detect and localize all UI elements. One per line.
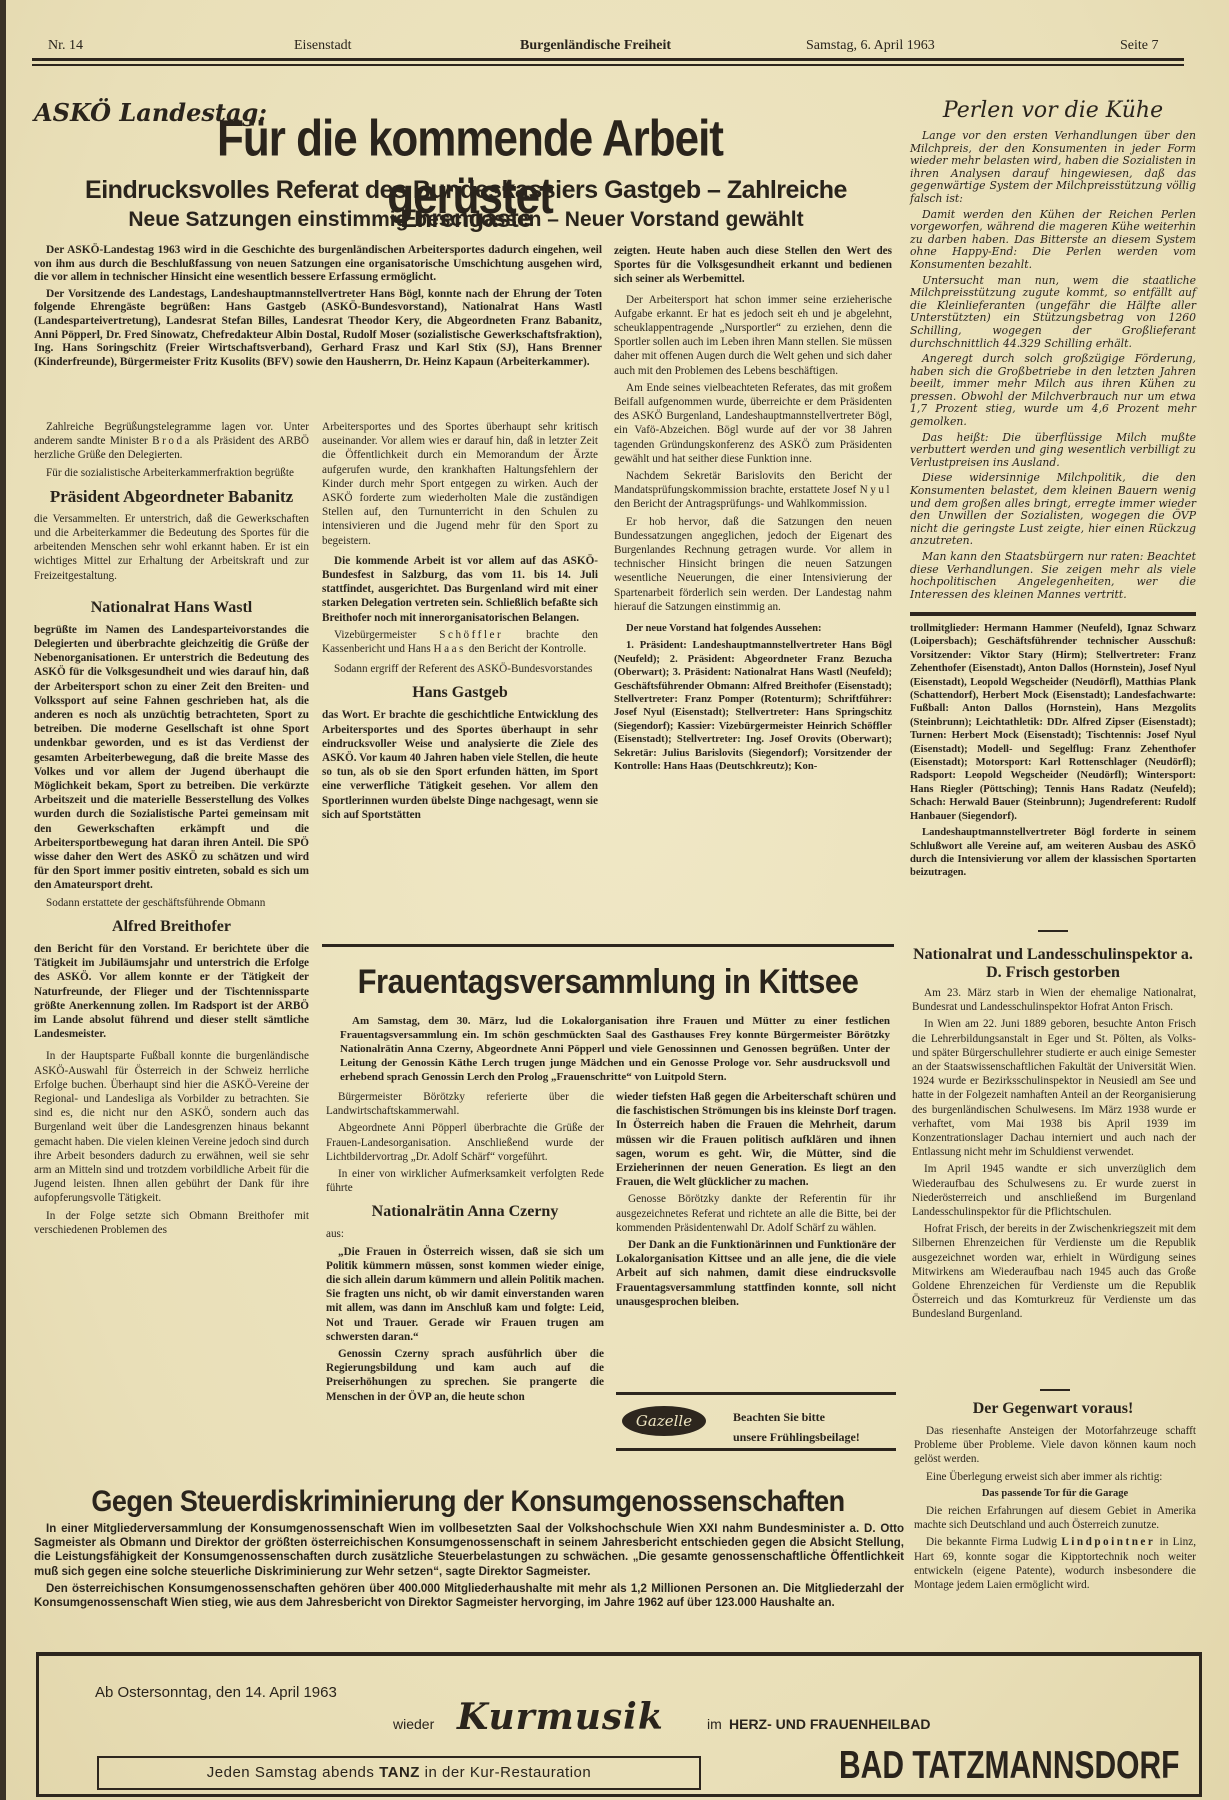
paragraph: Diese widersinnige Milchpolitik, die den… [910, 472, 1196, 548]
paragraph: Untersucht man nun, wem die staatliche M… [910, 275, 1196, 351]
paragraph: Sodann ergriff der Referent des ASKÖ-Bun… [322, 662, 598, 676]
separator [1038, 930, 1068, 932]
ad-kurmusik: Kurmusik [457, 1696, 664, 1738]
frisch-headline: Nationalrat und Landesschulinspektor a. … [908, 946, 1198, 982]
issue-number: Nr. 14 [48, 38, 83, 54]
paragraph: Das riesenhafte Ansteigen der Motorfahrz… [914, 1424, 1196, 1467]
scan-edge [0, 0, 6, 1800]
perlen-rule [910, 612, 1196, 616]
main-subhead-2: Neue Satzungen einstimmig beschlossen – … [32, 208, 900, 232]
ad-place: BAD TATZMANNSDORF [839, 1744, 1180, 1788]
board-heading: Der neue Vorstand hat folgendes Aussehen… [614, 622, 892, 636]
paragraph: Angeregt durch solch großzügige Förderun… [910, 353, 1196, 429]
lead-paragraphs: Der ASKÖ-Landestag 1963 wird in die Gesc… [34, 244, 602, 372]
gazelle-ad-text: Beachten Sie bitte unsere Frühlingsbeila… [733, 1407, 860, 1447]
paragraph: Genossin Czerny sprach ausführlich über … [326, 1347, 604, 1404]
paragraph: Hofrat Frisch, der bereits in der Zwisch… [912, 1222, 1196, 1321]
main-column-4: trollmitglieder: Hermann Hammer (Neufeld… [910, 622, 1196, 883]
frauentag-column-1: Bürgermeister Börötzky referierte über d… [326, 1090, 604, 1407]
newspaper-page: Nr. 14 Eisenstadt Burgenländische Freihe… [0, 0, 1229, 1800]
subheading: Nationalrat Hans Wastl [34, 597, 309, 619]
paragraph: In der Folge setzte sich Obmann Breithof… [34, 1209, 309, 1237]
main-column-1: Zahlreiche Begrüßungstelegramme lagen vo… [34, 420, 309, 1240]
ad-line: Beachten Sie bitte [733, 1407, 860, 1427]
paragraph: aus: [326, 1227, 604, 1241]
board-list-continued: trollmitglieder: Hermann Hammer (Neufeld… [910, 622, 1196, 823]
paragraph: Für die sozialistische Arbeiterkammerfra… [34, 466, 309, 480]
paragraph: Arbeitersportes und des Sportes überhaup… [322, 420, 598, 548]
paragraph: Sodann erstattete der geschäftsführende … [34, 896, 309, 910]
paragraph: begrüßte im Namen des Landesparteivorsta… [34, 623, 309, 893]
paragraph: Landeshauptmannstellvertreter Bögl forde… [910, 826, 1196, 880]
subheading: Hans Gastgeb [322, 682, 598, 704]
konsum-headline: Gegen Steuerdiskriminierung der Konsumge… [34, 1484, 902, 1518]
paragraph: zeigten. Heute haben auch diese Stellen … [614, 244, 892, 287]
kurmusik-ad: Ab Ostersonntag, den 14. April 1963 wied… [36, 1652, 1202, 1797]
perlen-title: Perlen vor die Kühe [910, 98, 1196, 123]
paragraph: Die reichen Erfahrungen auf diesem Gebie… [914, 1504, 1196, 1532]
separator [1040, 1389, 1070, 1391]
konsum-body: In einer Mitgliederversammlung der Konsu… [34, 1522, 904, 1613]
frauentag-column-2: wieder tiefsten Haß gegen die Arbeitersc… [616, 1090, 896, 1312]
paragraph: Am Ende seines vielbeachteten Referates,… [614, 381, 892, 466]
frisch-body: Am 23. März starb in Wien der ehemalige … [912, 986, 1196, 1325]
board-list: 1. Präsident: Landeshauptmannstellvertre… [614, 639, 892, 773]
paragraph: Am 23. März starb in Wien der ehemalige … [912, 986, 1196, 1014]
lead-paragraph: Der Vorsitzende des Landestags, Landesha… [34, 288, 602, 370]
paragraph: die Versammelten. Er unterstrich, daß di… [34, 512, 309, 583]
paragraph: Die kommende Arbeit ist vor allem auf da… [322, 554, 598, 625]
lead-paragraph: Der ASKÖ-Landestag 1963 wird in die Gesc… [34, 244, 602, 285]
paragraph: Der Dank an die Funktionärinnen und Funk… [616, 1238, 896, 1309]
paragraph: Damit werden den Kühen der Reichen Perle… [910, 209, 1196, 272]
ad-tanz-box: Jeden Samstag abends TANZ in der Kur-Res… [97, 1756, 701, 1790]
paragraph: Nachdem Sekretär Barislovits den Bericht… [614, 469, 892, 512]
subheading: Alfred Breithofer [34, 916, 309, 938]
paragraph: In einer von wirklicher Aufmerksamkeit v… [326, 1167, 604, 1195]
paragraph: Bürgermeister Börötzky referierte über d… [326, 1090, 604, 1118]
gazelle-logo: Gazelle [622, 1406, 706, 1436]
frauentag-headline: Frauentagsversammlung in Kittsee [322, 962, 894, 1002]
paragraph: Lange vor den ersten Verhandlungen über … [910, 130, 1196, 206]
paragraph: Er hob hervor, daß die Satzungen den neu… [614, 515, 892, 614]
paragraph: Im April 1945 wandte er sich unverzüglic… [912, 1162, 1196, 1219]
subheading: Nationalrätin Anna Czerny [326, 1201, 604, 1223]
issue-date: Samstag, 6. April 1963 [806, 38, 935, 54]
paragraph: Eine Überlegung erweist sich aber immer … [914, 1470, 1196, 1484]
paragraph: Man kann den Staatsbürgern nur raten: Be… [910, 551, 1196, 601]
paragraph: Abgeordnete Anni Pöpperl überbrachte die… [326, 1121, 604, 1164]
gegenwart-headline: Der Gegenwart voraus! [910, 1398, 1196, 1420]
main-column-2: Arbeitersportes und des Sportes überhaup… [322, 420, 598, 825]
paragraph: Vizebürgermeister Schöffler brachte den … [322, 628, 598, 656]
section-rule [322, 944, 894, 947]
paragraph: Am Samstag, dem 30. März, lud die Lokalo… [340, 1014, 890, 1084]
paragraph: Das heißt: Die überflüssige Milch mußte … [910, 432, 1196, 470]
page-number: Seite 7 [1120, 38, 1159, 54]
paragraph: Zahlreiche Begrüßungstelegramme lagen vo… [34, 420, 309, 463]
paragraph: In der Hauptsparte Fußball konnte die bu… [34, 1049, 309, 1205]
subheading: Präsident Abgeordneter Babanitz [34, 486, 309, 508]
paragraph: das Wort. Er brachte die geschichtliche … [322, 708, 598, 822]
masthead-rule [32, 58, 1184, 66]
ad-line: unsere Frühlingsbeilage! [733, 1427, 860, 1447]
ad-date-line: Ab Ostersonntag, den 14. April 1963 [95, 1684, 337, 1701]
paragraph: Genosse Börötzky dankte der Referentin f… [616, 1192, 896, 1235]
paragraph: Den österreichischen Konsumgenossenschaf… [34, 1582, 904, 1610]
paragraph: Der Arbeitersport hat schon immer seine … [614, 293, 892, 378]
city: Eisenstadt [294, 38, 352, 54]
paragraph: Die bekannte Firma Ludwig Lindpointner i… [914, 1535, 1196, 1592]
ad-heilbad: HERZ- UND FRAUENHEILBAD [729, 1716, 930, 1732]
frauentag-lead: Am Samstag, dem 30. März, lud die Lokalo… [340, 1014, 890, 1087]
paragraph: den Bericht für den Vorstand. Er bericht… [34, 942, 309, 1041]
paragraph: wieder tiefsten Haß gegen die Arbeitersc… [616, 1090, 896, 1189]
ad-im: im [707, 1716, 722, 1732]
perlen-body: Lange vor den ersten Verhandlungen über … [910, 130, 1196, 604]
gegenwart-body: Das riesenhafte Ansteigen der Motorfahrz… [914, 1424, 1196, 1595]
ad-rule-top [616, 1392, 896, 1395]
quote: „Die Frauen in Österreich wissen, daß si… [326, 1245, 604, 1344]
ad-rule-bottom [616, 1448, 896, 1451]
paragraph: In Wien am 22. Juni 1889 geboren, besuch… [912, 1017, 1196, 1159]
ad-wieder: wieder [393, 1716, 434, 1732]
paper-name: Burgenländische Freiheit [520, 38, 671, 54]
main-column-3: zeigten. Heute haben auch diese Stellen … [614, 244, 892, 776]
paragraph: In einer Mitgliederversammlung der Konsu… [34, 1522, 904, 1579]
subheading: Das passende Tor für die Garage [914, 1487, 1196, 1501]
